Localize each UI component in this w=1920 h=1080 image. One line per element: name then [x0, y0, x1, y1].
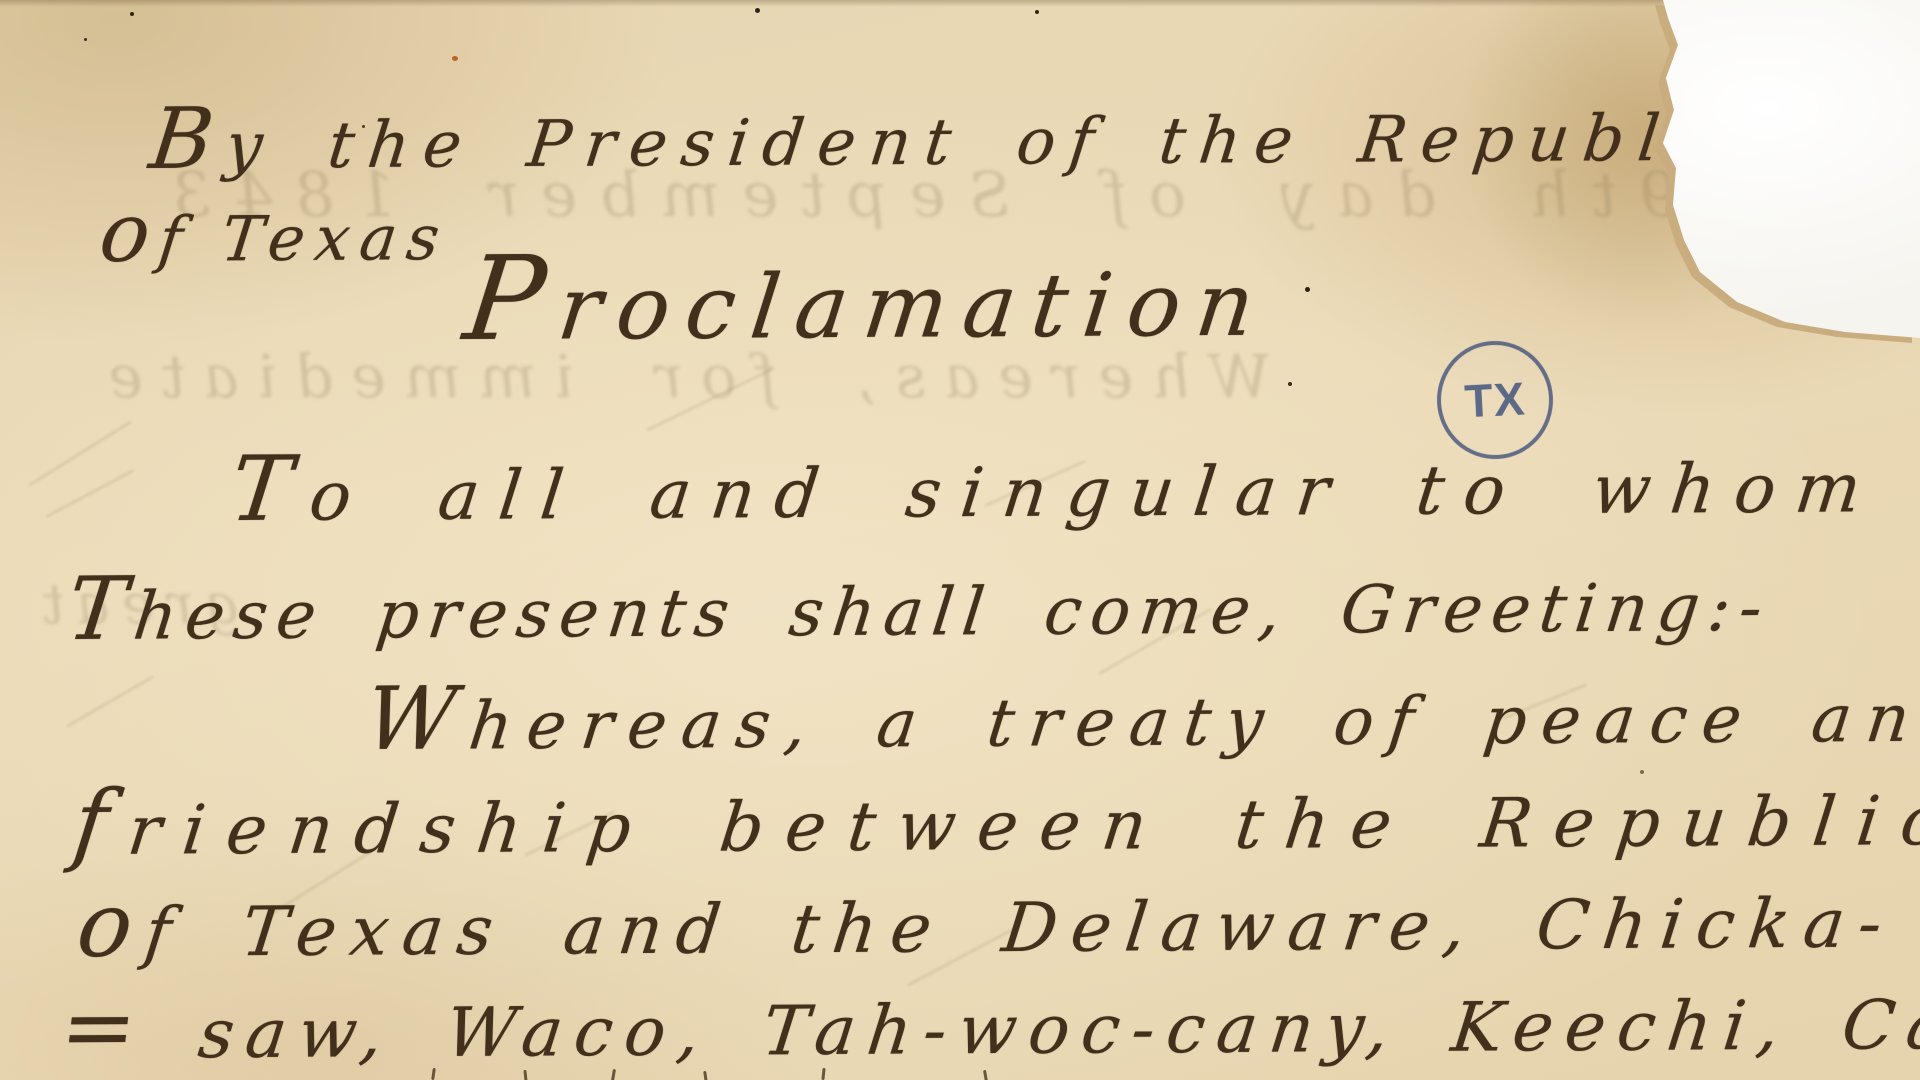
tx-stamp-label: TX: [1463, 371, 1527, 428]
body-line-5: of Texas and the Delaware, Chicka-: [72, 864, 1903, 978]
foxing-speck: [452, 56, 458, 61]
scanned-manuscript-page: { "manuscript": { "heading_line1": "By t…: [0, 0, 1920, 1080]
heading-line-1: By the President of the Republic: [145, 82, 1764, 188]
ink-speck: [755, 8, 760, 13]
body-line-1: To all and singular to whom: [225, 429, 1887, 542]
partial-next-line-stroke: [821, 1068, 825, 1080]
ink-speck: [84, 38, 87, 41]
ink-speck: [362, 125, 365, 128]
ink-speck: [1288, 382, 1292, 386]
document-title: Proclamation: [458, 228, 1279, 367]
pencil-hatch-mark: [66, 675, 154, 728]
ink-speck: [1035, 10, 1039, 14]
body-line-4: friendship between the Republic: [68, 762, 1920, 876]
ink-speck: [1305, 287, 1310, 292]
body-line-3: Whereas, a treaty of peace and: [360, 660, 1920, 770]
ink-speck: [1640, 770, 1644, 774]
pencil-hatch-mark: [45, 469, 135, 519]
heading-line-2: of Texas: [95, 184, 455, 281]
ink-speck: [130, 12, 134, 16]
body-line-6: = saw, Waco, Tah-woc-cany, Keechi, Cad-: [55, 966, 1920, 1080]
body-line-2: These presents shall come, Greeting:-: [62, 549, 1778, 660]
